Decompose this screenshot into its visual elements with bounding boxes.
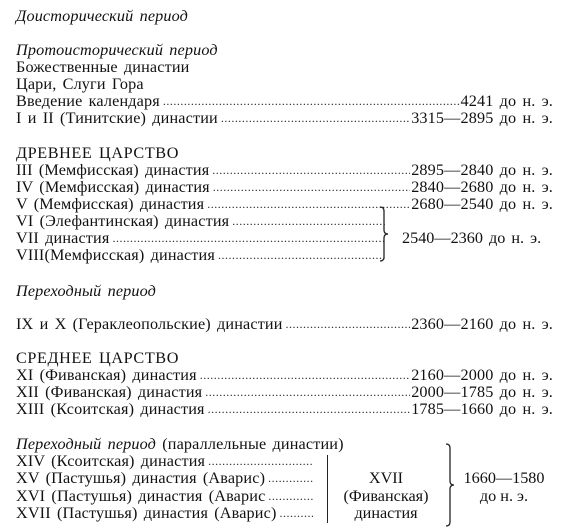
section-title-suffix: (параллельные династии) bbox=[156, 435, 344, 453]
entry-label: XI (Фиванская) династия bbox=[16, 366, 200, 384]
timeline-entry: I и II (Тинитские) династии 3315—2895 до… bbox=[16, 109, 553, 127]
dot-leader bbox=[268, 469, 313, 487]
section-title-prehistoric: Доисторический период bbox=[16, 7, 188, 25]
section-title-second-intermediate: Переходный период (параллельные династии… bbox=[16, 435, 344, 453]
dot-leader bbox=[208, 400, 411, 418]
grouped-date-line: 1660—1580 bbox=[450, 470, 558, 488]
entry-date: 1785—1660 до н. э. bbox=[410, 400, 553, 418]
entry-label: VII династия bbox=[16, 229, 112, 247]
dot-leader bbox=[163, 92, 460, 110]
dot-leader bbox=[279, 504, 313, 522]
grouped-date-block: 1660—1580 до н. э. bbox=[450, 470, 558, 505]
timeline-entry: VIII(Мемфисская) династия bbox=[16, 246, 386, 264]
dot-leader bbox=[221, 109, 410, 127]
timeline-entry: XI (Фиванская) династия 2160—2000 до н. … bbox=[16, 366, 553, 384]
dot-leader bbox=[200, 366, 411, 384]
entry-label: VI (Элефантинская) династия bbox=[16, 212, 232, 230]
timeline-entry: XII (Фиванская) династия 2000—1785 до н.… bbox=[16, 383, 553, 401]
timeline-entry: XV (Пастушья) династия (Аварис) bbox=[16, 469, 313, 487]
parallel-dynasty: XVII (Фиванская) династия bbox=[326, 470, 446, 523]
timeline-entry: IX и X (Гераклеопольские) династии 2360—… bbox=[16, 315, 553, 333]
section-title-middle-kingdom: СРЕДНЕЕ ЦАРСТВО bbox=[16, 349, 179, 367]
entry-date: 2000—1785 до н. э. bbox=[410, 383, 553, 401]
entry-date: 3315—2895 до н. э. bbox=[410, 109, 553, 127]
dot-leader bbox=[208, 452, 313, 470]
parallel-dynasty-line: династия bbox=[326, 505, 446, 523]
timeline-entry: IV (Мемфисская) династия 2840—2680 до н.… bbox=[16, 178, 553, 196]
entry-date: 2160—2000 до н. э. bbox=[410, 366, 553, 384]
timeline-entry: XIV (Ксоитская) династия bbox=[16, 452, 313, 470]
grouped-date: 2540—2360 до н. э. bbox=[402, 229, 541, 247]
dot-leader bbox=[213, 178, 410, 196]
dot-leader bbox=[205, 383, 410, 401]
timeline-entry: VII династия bbox=[16, 229, 386, 247]
dot-leader bbox=[112, 229, 386, 247]
section-title-protohistoric: Протоисторический период bbox=[16, 41, 218, 59]
entry-label: XII (Фиванская) династия bbox=[16, 383, 205, 401]
section-title-first-intermediate: Переходный период bbox=[16, 282, 156, 300]
entry-label: Введение календаря bbox=[16, 92, 163, 110]
timeline-entry: XVII (Пастушья) династия (Аварис) bbox=[16, 504, 313, 522]
right-brace-icon bbox=[378, 206, 394, 262]
entry-label: V (Мемфисская) династия bbox=[16, 195, 207, 213]
section-title-italic: Переходный период bbox=[16, 435, 156, 453]
dot-leader bbox=[268, 487, 313, 505]
entry-label: XIV (Ксоитская) династия bbox=[16, 452, 208, 470]
dot-leader bbox=[212, 161, 410, 179]
section-title-old-kingdom: ДРЕВНЕЕ ЦАРСТВО bbox=[16, 144, 179, 162]
dot-leader bbox=[286, 315, 411, 333]
entry-label: XV (Пастушья) династия (Аварис) bbox=[16, 469, 268, 487]
timeline-entry: III (Мемфисская) династия 2895—2840 до н… bbox=[16, 161, 553, 179]
timeline-entry: Введение календаря 4241 до н. э. bbox=[16, 92, 553, 110]
entry-date: 2840—2680 до н. э. bbox=[410, 178, 553, 196]
parallel-dynasty-line: (Фиванская) bbox=[326, 488, 446, 506]
parallel-dynasty-line: XVII bbox=[326, 470, 446, 488]
text-line: Цари, Слуги Гора bbox=[16, 75, 144, 93]
timeline-entry: V (Мемфисская) династия 2680—2540 до н. … bbox=[16, 195, 553, 213]
timeline-entry: XVI (Пастушья) династия (Аварис bbox=[16, 487, 313, 505]
entry-date: 2680—2540 до н. э. bbox=[410, 195, 553, 213]
timeline-entry: XIII (Ксоитская) династия 1785—1660 до н… bbox=[16, 400, 553, 418]
dot-leader bbox=[218, 246, 386, 264]
entry-label: IX и X (Гераклеопольские) династии bbox=[16, 315, 286, 333]
entry-label: VIII(Мемфисская) династия bbox=[16, 246, 218, 264]
dot-leader bbox=[232, 212, 386, 230]
entry-date: 2895—2840 до н. э. bbox=[410, 161, 553, 179]
text-line: Божественные династии bbox=[16, 58, 189, 76]
entry-date: 4241 до н. э. bbox=[460, 92, 554, 110]
entry-label: XVI (Пастушья) династия (Аварис bbox=[16, 487, 268, 505]
entry-label: I и II (Тинитские) династии bbox=[16, 109, 221, 127]
entry-label: IV (Мемфисская) династия bbox=[16, 178, 213, 196]
entry-label: XVII (Пастушья) династия (Аварис) bbox=[16, 504, 279, 522]
timeline-entry: VI (Элефантинская) династия bbox=[16, 212, 386, 230]
grouped-date-line: до н. э. bbox=[450, 488, 558, 506]
entry-date: 2360—2160 до н. э. bbox=[410, 315, 553, 333]
entry-label: III (Мемфисская) династия bbox=[16, 161, 212, 179]
entry-label: XIII (Ксоитская) династия bbox=[16, 400, 208, 418]
